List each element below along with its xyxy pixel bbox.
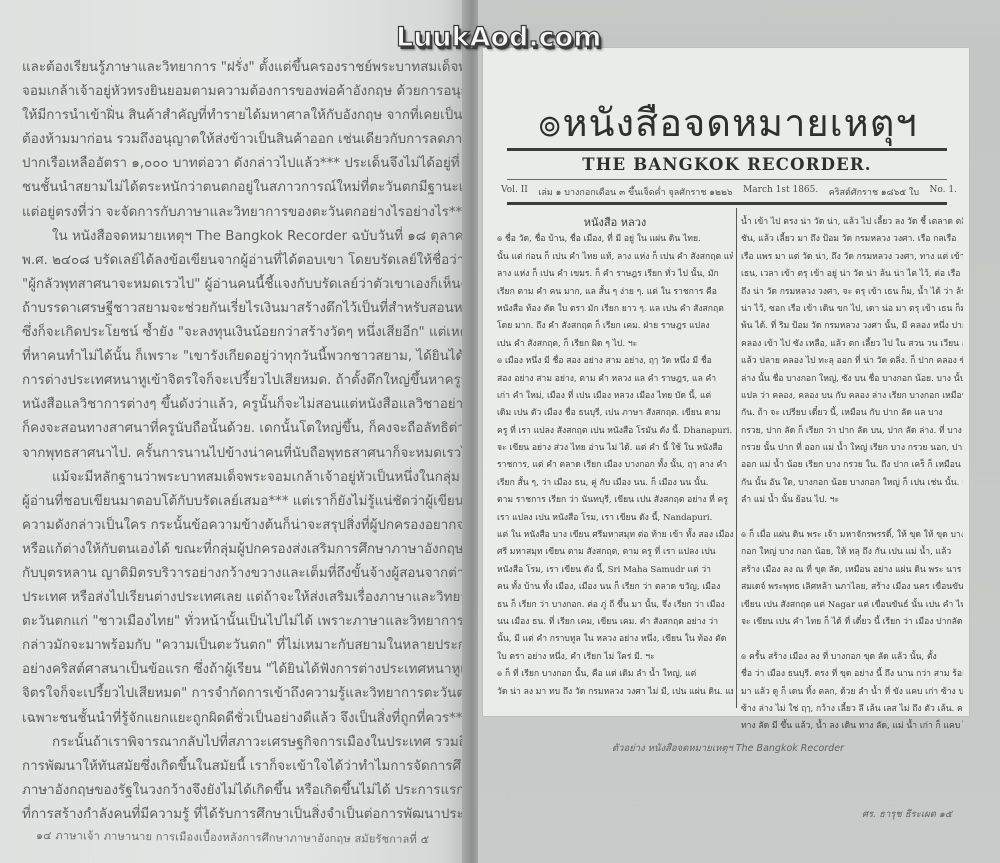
dateline-english-date: March 1st 1865. xyxy=(743,185,818,199)
newspaper-text-line: ล่าง นั้น ชื่อ บางกอก ใหญ่, ซัง บน ชื่อ … xyxy=(741,371,963,388)
newspaper-text-line: กอก ใหญ่ บาง กอก น้อย, ให้ ทลุ ถึง กัน เ… xyxy=(741,544,963,561)
body-text-line: เฉพาะชนชั้นนำที่รู้จักแยกแยะถูกผิดดีชั่ว… xyxy=(22,707,470,731)
body-text-line: ประเทศ หรือส่งไปเรียนต่างประเทศเลย แต่ถ้… xyxy=(22,586,470,610)
newspaper-text-line: สมเดจ์ พระพุทธ เลิศหล้า นภาไลย, สร้าง เม… xyxy=(741,579,963,596)
newspaper-text-line: แปล ว่า คลอง, คลอง บน กับ คลอง ล่าง เรีย… xyxy=(741,388,963,405)
newspaper-text-line xyxy=(741,631,963,648)
column-heading: หนังสือ หลวง xyxy=(497,214,733,231)
newspaper-text-line: เรา แปลง เปน หนังสือ โรม, เรา เขียน ดัง … xyxy=(497,510,733,527)
body-text-line: ถ้าบรรดาเศรษฐีชาวสยามจะช่วยกันเรี่ยไรเงิ… xyxy=(22,297,470,321)
newspaper-text-line: ทาง ลัด มี ขึ้น แล้ว, น้ำ ลง เดิน ทาง ลั… xyxy=(741,718,963,735)
body-text-line: ปากเรือเหลืออัตรา ๑,๐๐๐ บาทต่อวา ดังกล่า… xyxy=(22,152,470,176)
body-text-line: ภาษาอังกฤษของรัฐในวงกว้างจึงยังไม่ได้เกิ… xyxy=(22,779,470,803)
body-text-line: การต่างประเทศหนาหูเข้าจิตรใจก็จะเปรี้ยวไ… xyxy=(22,369,470,393)
body-text-line: แม้จะมีหลักฐานว่าพระบาทสมเด็จพระจอมเกล้า… xyxy=(22,466,470,490)
masthead-english-title: THE BANGKOK RECORDER. xyxy=(507,155,947,174)
dateline-number: No. 1. xyxy=(930,185,957,199)
newspaper-text-line: น้ำ เข้า ไป ตรง น่า วัด น่า, แล้ว ไป เลี… xyxy=(741,214,963,231)
newspaper-text-line: ตาม ราชการ เรียก ว่า นันทบุรี, เขียน เปน… xyxy=(497,492,733,509)
masthead-rule-middle xyxy=(507,179,947,180)
newspaper-text-line: ลำ แม่ น้ำ นั้น ย้อน ไป. ฯะ xyxy=(741,492,963,509)
body-text-line: กล่าวมักจะมาพร้อมกับ "ความเป็นตะวันตก" ท… xyxy=(22,634,470,658)
body-text-line: อย่างคริสต์ศาสนาเป็นข้อแรก ซึ่งถ้าผู้เรี… xyxy=(22,658,470,682)
dateline-volume: Vol. II xyxy=(501,185,528,199)
column-divider xyxy=(736,208,737,708)
newspaper-text-line: ธน ก็ เรียก ว่า บางกอก. ต่อ ภู่ ถี ขึ้น … xyxy=(497,597,733,614)
newspaper-text-line: แล้ว ปลาย คลอง ไป ทะลุ ออก ที่ น่า วัด ต… xyxy=(741,353,963,370)
newspaper-text-line: ราชการ, แต่ คำ ตลาด เรียก เมือง บางกอก ท… xyxy=(497,457,733,474)
body-text-line: และต้องเรียนรู้ภาษาและวิทยาการ "ฝรั่ง" ต… xyxy=(22,56,470,80)
newspaper-text-line: เก่า คำ ใหม่, เมือง ที่ เปน เมือง หลวง เ… xyxy=(497,388,733,405)
newspaper-text-line: แต่ ใน หนังสือ บาง เขียน ศรีมหาสมุท ต่อ … xyxy=(497,527,733,544)
body-text-line: ที่การสร้างกำลังคนที่มีความรู้ ที่ได้รับ… xyxy=(22,803,470,827)
body-text-line: การพัฒนาให้ทันสมัยซึ่งเกิดขึ้นในสมัยนี้ … xyxy=(22,755,470,779)
newspaper-text-line xyxy=(741,510,963,527)
newspaper-text-line: พ้น ได้. ที่ ริม ป้อม วัด กรมหลวง วงศา น… xyxy=(741,318,963,335)
newspaper-text-line: คลอง เข้า ไป ซัง เหลือ, แล้ว ตก เลี้ยว ไ… xyxy=(741,336,963,353)
body-text-line: พ.ศ. ๒๔๐๘ บรัดเลย์ได้ลงข้อเขียนจากผู้อ่า… xyxy=(22,249,470,273)
body-text-line: หนังสือแลวิชาการต่างๆ ขึ้นดังว่าแล้ว, คร… xyxy=(22,393,470,417)
newspaper-text-line: เรียก สั้น ๆ, ว่า เมือง ธน, คู่ กับ เมือ… xyxy=(497,475,733,492)
left-page-footer: ๑๔ ภาษาเจ้า ภาษานาย การเมืองเบื้องหลังกา… xyxy=(36,826,429,848)
newspaper-text-line: เปน คำ สังสกฤต, ก็ เรียก ผิด ๆ ไป. ฯะ xyxy=(497,336,733,353)
watermark-logo: LuukAod.com xyxy=(396,22,601,53)
newspaper-text-line: หนังสือ ท้อง ตัด ใบ ตรา มัก เรียก ยาว ๆ.… xyxy=(497,301,733,318)
newspaper-text-line: นน เมือง ธน. ที่ เรียก เคม, เขียน เคม. ค… xyxy=(497,614,733,631)
newspaper-text-line: หนังสือ โรม, เรา เขียน ดัง นี้, Sri Maha… xyxy=(497,562,733,579)
newspaper-text-line: มา แล้ว ดู ก็ เดน ทิ้ง ตลก, ด้วย ลำ น้ำ … xyxy=(741,684,963,701)
dateline-christian-era: คริสต์ศักราช ๑๘๖๕ ใบ xyxy=(829,185,919,199)
body-text-line: ใน หนังสือจดหมายเหตุฯ The Bangkok Record… xyxy=(22,225,470,249)
newspaper-text-line: น่า ไว้, ซอก เรือ เข้า เดิน ขก ไป, เดา น… xyxy=(741,301,963,318)
body-text-line: จากพุทธสาศนาไป. ครั้นการนานไปข้างน่าคนที… xyxy=(22,442,470,466)
masthead-thai-title: ๏หนังสือจดหมายเหตุฯ xyxy=(513,92,943,153)
newspaper-text-line: สร้าง เมือง ลง ณ ที่ ขุด ลัด, เหมือน อย่… xyxy=(741,562,963,579)
dateline-rule-bottom xyxy=(507,202,947,205)
newspaper-text-line: ลาง แห่ง ก็ เปน คำ เขมร. ก็ คำ ราษฎร เรี… xyxy=(497,266,733,283)
newspaper-text-line: เรือ แพร มา แต่ วัด น่า, ถึง วัด กรมหลวง… xyxy=(741,249,963,266)
newspaper-text-line: นั้น แต่ ก่อน ก็ เปน คำ ไทย แท้, ลาง แห่… xyxy=(497,249,733,266)
newspaper-text-line: ๏ ก็ เมื่อ แผ่น ดิน พระ เจ้า มหาจักรพรรด… xyxy=(741,527,963,544)
body-text-line: แต่อยู่ตรงที่ว่า จะจัดการกับภาษาและวิทยา… xyxy=(22,201,470,225)
newspaper-text-line: ถึง น่า วัด กรมหลวง วงศา, จะ ตรุ เข้า เธ… xyxy=(741,284,963,301)
left-book-page: และต้องเรียนรู้ภาษาและวิทยาการ "ฝรั่ง" ต… xyxy=(0,0,470,863)
newspaper-text-line: ใบ ตรา อย่าง หนึ่ง, คำ เรียก ไม่ ใคร่ มี… xyxy=(497,649,733,666)
newspaper-left-column: หนังสือ หลวง ๏ ชื่อ วัด, ชื่อ บ้าน, ชื่อ… xyxy=(497,214,733,701)
body-text-line: ผู้อ่านที่ชอบเขียนมาตอบโต้กับบรัดเลย์เสม… xyxy=(22,490,470,514)
newspaper-text-line: ๏ ชื่อ วัด, ชื่อ บ้าน, ชื่อ เมือง, ที่ ม… xyxy=(497,231,733,248)
body-text-line: ให้มีการนำเข้าฝิ่น สินค้าสำคัญที่ทำรายได… xyxy=(22,104,470,128)
newspaper-text-line: กรวย, ปาก ลัด ก็ เรียก ว่า ปาก ลัด บน, ป… xyxy=(741,423,963,440)
newspaper-text-line: กัน นั้น อัน ใด, บางกอก น้อย บางกอก ใหญ่… xyxy=(741,475,963,492)
body-text-line: จิตรใจก็จะเปรี้ยวไปเสียหมด" การจำกัดการเ… xyxy=(22,682,470,706)
newspaper-text-line: ๏ ครั้น สร้าง เมือง ลง ที่ บางกอก ขุด ลั… xyxy=(741,649,963,666)
newspaper-text-line: เขียน เปน สังสกฤต แต่ Nagar แต่ เขื่อนขั… xyxy=(741,597,963,614)
body-text-line: ตะวันตกแก่ "ชาวเมืองไทย" ทั่วหน้านั้นเป็… xyxy=(22,610,470,634)
newspaper-text-line: เรียก ตาม คำ คน มาก, แล สั้น ๆ ง่าย ๆ. แ… xyxy=(497,284,733,301)
newspaper-text-line: ศรี มหาสมุท เขียน ตาม สังสกฤต, ตาม ครู ท… xyxy=(497,544,733,561)
newspaper-text-line: สอง อย่าง สาม อย่าง, ตาม คำ หลวง แล คำ ร… xyxy=(497,371,733,388)
newspaper-text-line: ๏ เมือง หนึ่ง มี ชื่อ สอง อย่าง สาม อย่า… xyxy=(497,353,733,370)
newspaper-text-line: เดิม เปน ตัว เมือง ชื่อ ธนบุรี, เปน ภาษา… xyxy=(497,405,733,422)
left-page-body-text: และต้องเรียนรู้ภาษาและวิทยาการ "ฝรั่ง" ต… xyxy=(22,56,470,827)
body-text-line: ก็คงจะสอนทางสาศนาที่ครูนับถือนั้นด้วย. เ… xyxy=(22,417,470,441)
body-text-line: ซึ่งก็จะเกิดประโยชน์ ซ้ำยัง "จะลงทุนเงิน… xyxy=(22,321,470,345)
newspaper-right-column: น้ำ เข้า ไป ตรง น่า วัด น่า, แล้ว ไป เลี… xyxy=(741,214,963,736)
newspaper-text-line: ครู ที่ เรา แปลง สังสกฤต เปน หนังสือ โรม… xyxy=(497,423,733,440)
body-text-line: ที่หาคนทำไม่ได้นั้น ก็เพราะ "เขารังเกียด… xyxy=(22,345,470,369)
body-text-line: จอมเกล้าเจ้าอยู่หัวทรงยินยอมตามความต้องก… xyxy=(22,80,470,104)
newspaper-text-line: กรวย นั้น ปาก ที่ ออก แม่ น้ำ ใหญ่ เรียก… xyxy=(741,440,963,457)
newspaper-text-line: ซ้าง ล่าง ไม่ ใช่ ฤๅ, กว้าง เลี้ยว ลึ เล… xyxy=(741,701,963,718)
newspaper-text-line: ๏ ก็ ที่ เรียก บางกอก นั้น, คือ แต่ เดิม… xyxy=(497,666,733,683)
dateline-thai-date: เล่ม ๑ บางกอกเดือน ๓ ขึ้นเจ็ดค่ำ จุลศักร… xyxy=(538,185,732,199)
newspaper-text-line: คน ทั้ง บ้าน ทั้ง เมือง, เมือง นน ก็ เรี… xyxy=(497,579,733,596)
newspaper-facsimile: ๏หนังสือจดหมายเหตุฯ THE BANGKOK RECORDER… xyxy=(483,48,969,716)
newspaper-text-line: โดย มาก. ถึง คำ สังสกฤต ก็ เรียก เคม. ฝ่… xyxy=(497,318,733,335)
dateline: Vol. II เล่ม ๑ บางกอกเดือน ๓ ขึ้นเจ็ดค่ำ… xyxy=(501,185,957,199)
newspaper-text-line: วัด น่า ลง มา ทบ ถึง วัด กรมหลวง วงศา ไม… xyxy=(497,684,733,701)
body-text-line: กระนั้นถ้าเราพิจารณากลับไปที่สภาวะเศรษฐก… xyxy=(22,731,470,755)
figure-caption: ตัวอย่าง หนังสือจดหมายเหตุฯ The Bangkok … xyxy=(612,741,844,756)
newspaper-text-line: จะ เขียน เปน คำ ไทย ก็ ได้ ที่ เดี๋ยว นี… xyxy=(741,614,963,631)
body-text-line: ต้องห้ามมาก่อน รวมถึงอนุญาตให้ส่งข้าวเป็… xyxy=(22,128,470,152)
masthead-rule-top xyxy=(507,148,947,151)
newspaper-text-line: จะ เขียน อย่าง ส่วง ไทย อ่าน ไม่ ได้. แต… xyxy=(497,440,733,457)
body-text-line: หรือแก้ต่างให้กับตนเองได้ ขณะที่กลุ่มผู้… xyxy=(22,538,470,562)
newspaper-text-line: ชัน, แล้ว เลี้ยว มา ถึง ป้อม วัด กรมหลวง… xyxy=(741,231,963,248)
newspaper-text-line: เธน, เวลา เข้า ตรุ เข้า อยู่ น่า วัด น่า… xyxy=(741,266,963,283)
body-text-line: "ผู้กลัวพุทสาศนาจะหมดเรวไป" ผู้อ่านคนนี้… xyxy=(22,273,470,297)
newspaper-text-line: ชื่อ ว่า เมือง ธนบุรี. ตรง ที่ ขุด อย่าง… xyxy=(741,666,963,683)
body-text-line: ชนชั้นนำสยามไม่ได้ตระหนักว่าตนตกอยู่ในสภ… xyxy=(22,176,470,200)
newspaper-text-line: นั้น, มี แต่ คำ กราบทูล ใน หลวง อย่าง หน… xyxy=(497,631,733,648)
body-text-line: กับบุตรหลาน ญาติมิตรบริวารอย่างกว้างขวาง… xyxy=(22,562,470,586)
newspaper-text-line: กัน. ถ้า จะ เปรียบ เดี๋ยว นี้, เหมือน กั… xyxy=(741,405,963,422)
newspaper-text-line: ออก แม่ น้ำ น้อย เรียก บาง กรวย ใน. ถึง … xyxy=(741,457,963,474)
body-text-line: ความดังกล่าวเป็นใคร กระนั้นข้อความข้างต้… xyxy=(22,514,470,538)
right-page-footer: ศร. ธารุช ธีระเผด ๑๕ xyxy=(862,807,952,822)
